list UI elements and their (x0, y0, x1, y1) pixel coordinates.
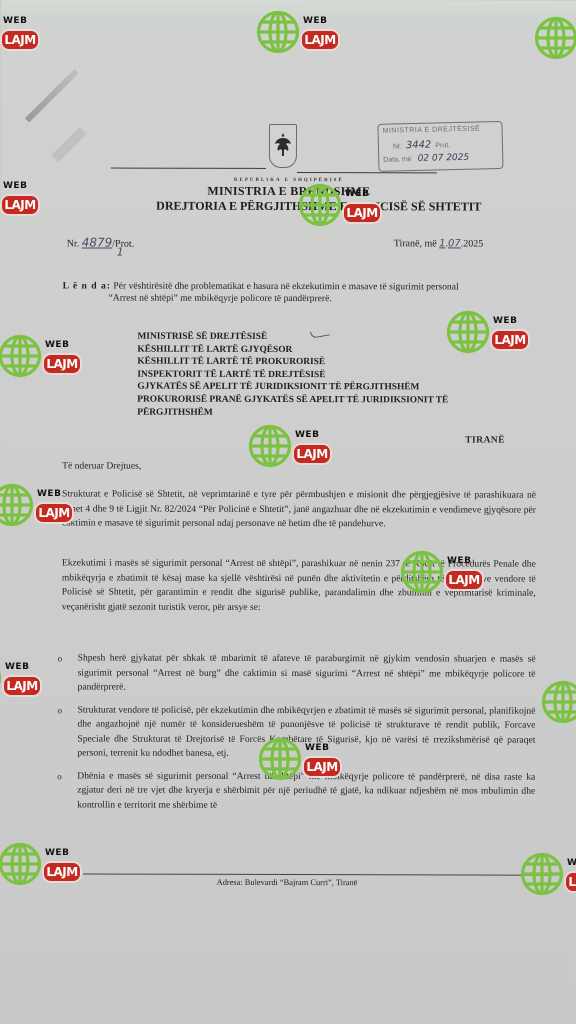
recipient: MINISTRISË SË DREJTËSISË (137, 331, 448, 344)
stamp-date: Data, më02 07 2025 (383, 153, 469, 165)
weblajm-watermark: WEB LAJM (534, 16, 576, 68)
double-headed-eagle-icon (273, 131, 293, 161)
watermark-lajm-badge: LAJM (292, 443, 332, 465)
globe-icon (0, 334, 42, 378)
watermark-lajm-badge: LAJM (300, 29, 340, 51)
globe-icon (534, 16, 576, 60)
watermark-web-text: WEB (37, 489, 61, 499)
recipient: PROKURORISË PRANË GJYKATËS SË APELIT TË … (137, 394, 448, 407)
received-stamp: MINISTRIA E DREJTËSISË Nr.3442Prot. Data… (377, 121, 503, 172)
albanian-coat-of-arms-emblem (269, 124, 297, 168)
weblajm-watermark: WEB LAJM (248, 424, 332, 476)
watermark-lajm-badge: LAJM (342, 202, 382, 224)
weblajm-watermark: WEB LAJM (520, 852, 576, 904)
watermark-lajm-badge: LAJM (34, 502, 74, 524)
weblajm-watermark: WEB LAJM (0, 842, 82, 894)
watermark-web-text: WEB (447, 556, 471, 566)
globe-icon (0, 656, 2, 700)
recipient: KËSHILLIT TË LARTË GJYQËSOR (137, 343, 448, 356)
protocol-sub-number: 1 (117, 246, 124, 259)
watermark-web-text: WEB (3, 181, 27, 191)
globe-icon (256, 10, 300, 54)
watermark-lajm-badge: LAJM (302, 756, 342, 778)
paragraph-1: Strukturat e Policisë së Shtetit, në vep… (62, 487, 536, 532)
weblajm-watermark: WEB LAJM (0, 483, 74, 535)
protocol-number: Nr. 4879/Prot. 1 (67, 235, 135, 249)
globe-icon (400, 550, 444, 594)
watermark-lajm-badge: LAJM (564, 871, 576, 893)
globe-icon (0, 483, 34, 527)
header-rule-left (111, 168, 266, 169)
footer-rule (83, 873, 553, 875)
globe-icon (446, 310, 490, 354)
weblajm-watermark: WEB LAJM (0, 175, 40, 227)
footer-address: Adresa: Bulevardi “Bajram Curri”, Tiranë (0, 877, 575, 888)
watermark-web-text: WEB (5, 662, 29, 672)
bullet-marker: o (58, 651, 63, 666)
header-ministry: MINISTRIA E BRENDSHME (1, 183, 576, 200)
weblajm-watermark: WEB LAJM (256, 10, 340, 62)
globe-icon (248, 424, 292, 468)
stamp-title: MINISTRIA E DREJTËSISË (383, 125, 481, 134)
watermark-web-text: WEB (345, 189, 369, 199)
watermark-web-text: WEB (295, 430, 319, 440)
pen-shadow (25, 69, 79, 123)
watermark-lajm-badge: LAJM (42, 861, 82, 883)
watermark-web-text: WEB (305, 743, 329, 753)
recipients-list: MINISTRISË SË DREJTËSISË KËSHILLIT TË LA… (137, 331, 448, 420)
watermark-lajm-badge: LAJM (490, 329, 530, 351)
subject-line: L ë n d a: Për vështirësitë dhe problema… (63, 280, 533, 305)
header-directorate: DREJTORIA E PËRGJITHSHME E POLICISË SË S… (1, 198, 576, 215)
weblajm-watermark: WEB LAJM (541, 680, 576, 732)
watermark-web-text: WEB (303, 16, 327, 26)
scanned-letter-page: REPUBLIKA E SHQIPËRISË MINISTRIA E BREND… (0, 0, 576, 1024)
globe-icon (520, 852, 564, 896)
globe-icon (258, 737, 302, 781)
bullet-marker: o (57, 769, 62, 784)
watermark-lajm-badge: LAJM (0, 29, 40, 51)
recipient: INSPEKTORIT TË LARTË TË DREJTËSISË (137, 368, 448, 381)
watermark-lajm-badge: LAJM (42, 353, 82, 375)
watermark-web-text: WEB (567, 858, 576, 868)
protocol-number-handwritten: 4879 (82, 235, 113, 249)
pen-shadow-blur (51, 127, 86, 162)
globe-icon (0, 842, 42, 886)
globe-icon (541, 680, 576, 724)
subject-label: L ë n d a: (63, 280, 111, 291)
watermark-lajm-badge: LAJM (2, 675, 42, 697)
weblajm-watermark: WEB LAJM (0, 10, 40, 62)
watermark-lajm-badge: LAJM (444, 569, 484, 591)
weblajm-watermark: WEB LAJM (258, 737, 342, 789)
header-rule-right (297, 172, 437, 173)
watermark-web-text: WEB (45, 340, 69, 350)
watermark-web-text: WEB (3, 16, 27, 26)
recipients-city: TIRANË (465, 434, 505, 445)
bullet-marker: o (57, 703, 62, 718)
weblajm-watermark: WEB LAJM (0, 656, 42, 708)
globe-icon (298, 183, 342, 227)
recipient: PËRGJITHSHËM (137, 406, 448, 419)
recipient: KËSHILLIT TË LARTË TË PROKURORISË (137, 356, 448, 369)
watermark-lajm-badge: LAJM (0, 194, 40, 216)
weblajm-watermark: WEB LAJM (298, 183, 382, 235)
weblajm-watermark: WEB LAJM (400, 550, 484, 602)
city-date: Tiranë, më 1.07.2025 (394, 238, 484, 249)
recipient: GJYKATËS SË APELIT TË JURIDIKSIONIT TË P… (137, 381, 448, 394)
watermark-web-text: WEB (45, 848, 69, 858)
list-item: o Shpesh herë gjykatat për shkak të mbar… (62, 651, 536, 696)
stamp-number: Nr.3442Prot. (393, 139, 450, 151)
weblajm-watermark: WEB LAJM (0, 334, 82, 386)
watermark-web-text: WEB (493, 316, 517, 326)
weblajm-watermark: WEB LAJM (446, 310, 530, 362)
